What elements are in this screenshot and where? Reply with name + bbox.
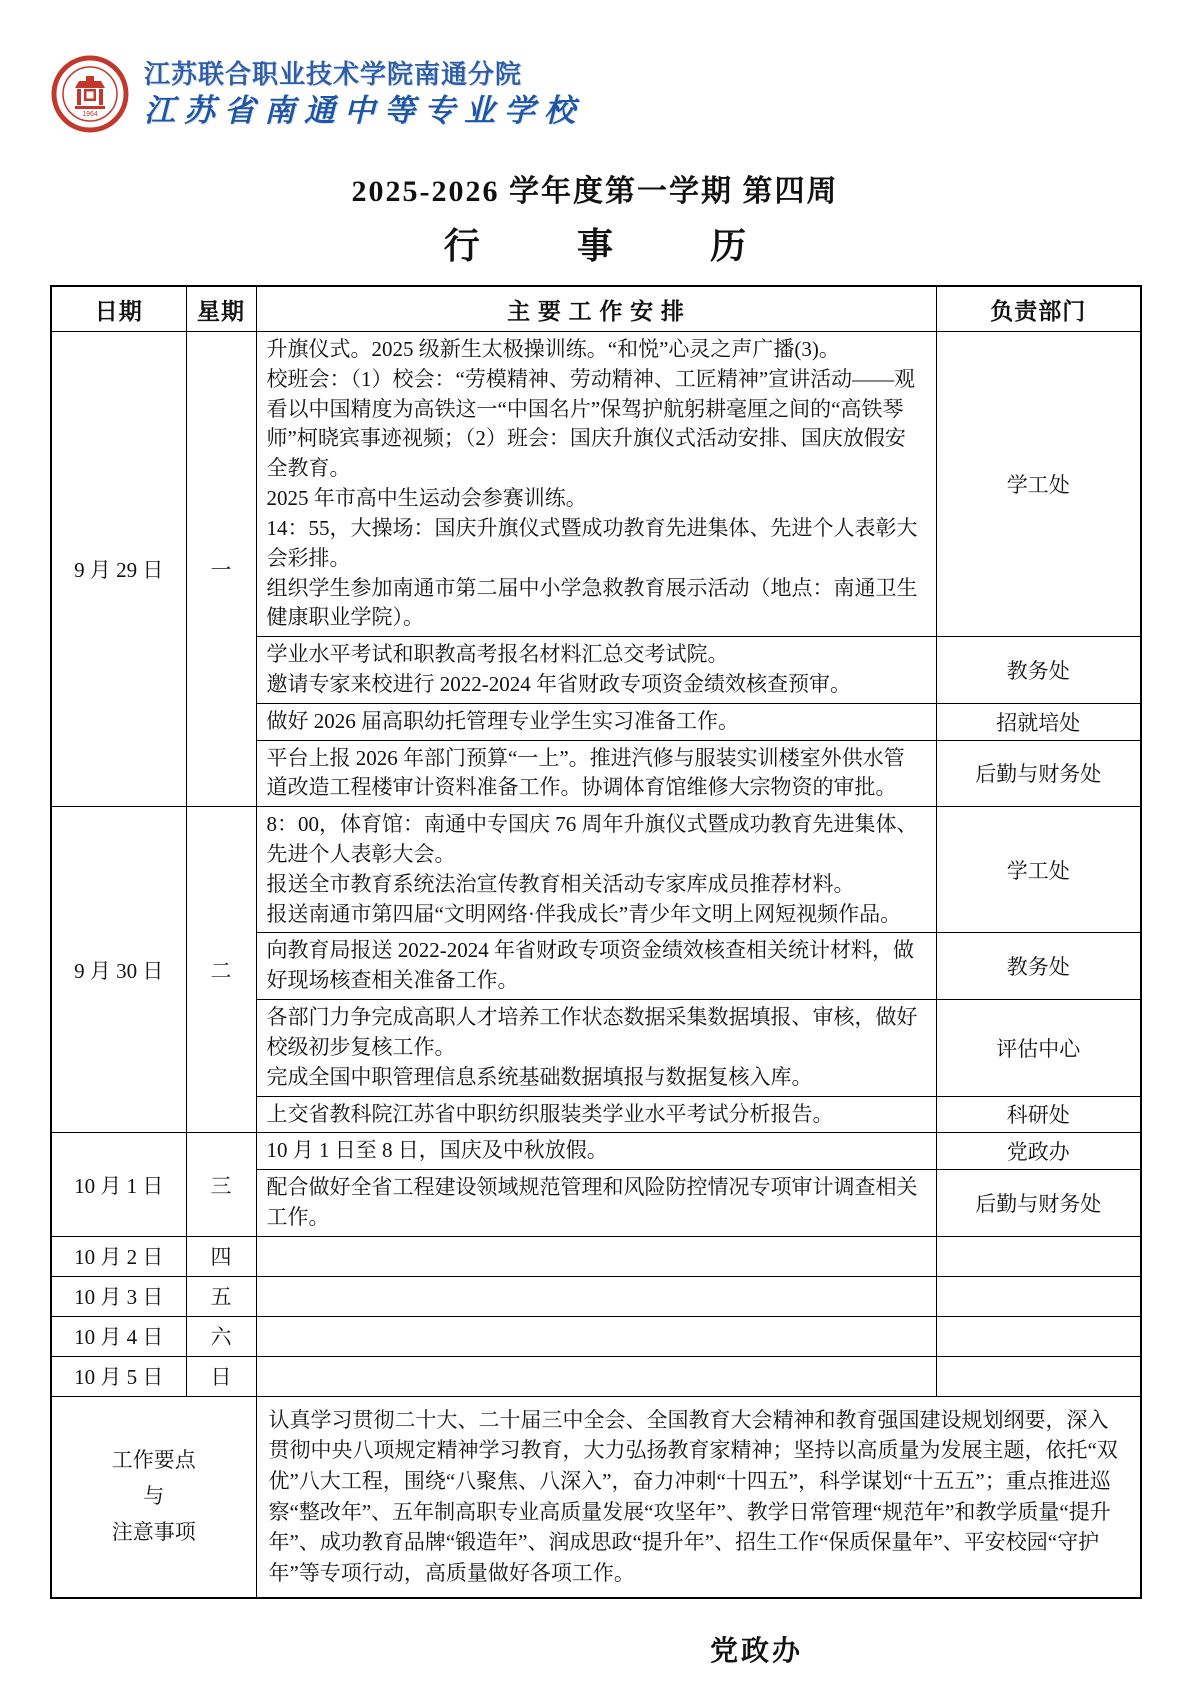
tasks-cell: 平台上报 2026 年部门预算“一上”。推进汽修与服装实训楼室外供水管道改造工程… [256, 740, 936, 807]
task-paragraph: 2025 年市高中生运动会参赛训练。 [267, 484, 926, 514]
weekday-cell: 五 [186, 1276, 256, 1316]
table-body: 9 月 29 日一升旗仪式。2025 级新生太极操训练。“和悦”心灵之声广播(3… [51, 332, 1141, 1598]
dept-cell: 教务处 [936, 933, 1141, 1000]
notes-text-cell: 认真学习贯彻二十大、二十届三中全会、全国教育大会精神和教育强国建设规划纲要，深入… [256, 1396, 1141, 1597]
school-name-primary: 江苏联合职业技术学院南通分院 [144, 58, 584, 91]
table-row: 10 月 1 日三10 月 1 日至 8 日，国庆及中秋放假。党政办 [51, 1133, 1141, 1170]
task-paragraph: 配合做好全省工程建设领域规范管理和风险防控情况专项审计调查相关工作。 [267, 1173, 926, 1233]
school-names: 江苏联合职业技术学院南通分院 江苏省南通中等专业学校 [144, 58, 584, 130]
task-paragraph: 完成全国中职管理信息系统基础数据填报与数据复核入库。 [267, 1063, 926, 1093]
task-paragraph: 向教育局报送 2022-2024 年省财政专项资金绩效核查相关统计材料，做好现场… [267, 936, 926, 996]
notes-label-cell: 工作要点与注意事项 [51, 1396, 256, 1597]
task-paragraph: 平台上报 2026 年部门预算“一上”。推进汽修与服装实训楼室外供水管道改造工程… [267, 744, 926, 804]
school-brand-header: 1964 江苏联合职业技术学院南通分院 江苏省南通中等专业学校 [50, 48, 1140, 140]
tasks-cell: 上交省教科院江苏省中职纺织服装类学业水平考试分析报告。 [256, 1096, 936, 1133]
tasks-cell: 做好 2026 届高职幼托管理专业学生实习准备工作。 [256, 703, 936, 740]
dept-cell: 学工处 [936, 332, 1141, 637]
weekday-cell: 一 [186, 332, 256, 807]
dept-cell [936, 1316, 1141, 1356]
task-paragraph: 10 月 1 日至 8 日，国庆及中秋放假。 [267, 1136, 926, 1166]
table-row: 10 月 5 日日 [51, 1356, 1141, 1396]
dept-cell: 学工处 [936, 807, 1141, 933]
tasks-cell: 各部门力争完成高职人才培养工作状态数据采集数据填报、审核，做好校级初步复核工作。… [256, 1000, 936, 1096]
tasks-cell: 10 月 1 日至 8 日，国庆及中秋放假。 [256, 1133, 936, 1170]
document-title-block: 2025-2026 学年度第一学期 第四周 行 事 历 [50, 166, 1140, 269]
dept-cell: 后勤与财务处 [936, 1170, 1141, 1237]
tasks-cell [256, 1316, 936, 1356]
task-paragraph: 校班会：（1）校会：“劳模精神、劳动精神、工匠精神”宣讲活动——观看以中国精度为… [267, 365, 926, 484]
date-cell: 9 月 30 日 [51, 807, 186, 1133]
tasks-cell [256, 1356, 936, 1396]
column-header-date: 日期 [51, 286, 186, 332]
table-header-row: 日期 星期 主 要 工 作 安 排 负责部门 [51, 286, 1141, 332]
weekday-cell: 四 [186, 1236, 256, 1276]
date-cell: 9 月 29 日 [51, 332, 186, 807]
tasks-cell: 配合做好全省工程建设领域规范管理和风险防控情况专项审计调查相关工作。 [256, 1170, 936, 1237]
task-paragraph: 各部门力争完成高职人才培养工作状态数据采集数据填报、审核，做好校级初步复核工作。 [267, 1003, 926, 1063]
tasks-cell: 学业水平考试和职教高考报名材料汇总交考试院。邀请专家来校进行 2022-2024… [256, 637, 936, 704]
tasks-cell: 升旗仪式。2025 级新生太极操训练。“和悦”心灵之声广播(3)。校班会：（1）… [256, 332, 936, 637]
seal-year-text: 1964 [82, 111, 98, 118]
column-header-weekday: 星期 [186, 286, 256, 332]
notes-row: 工作要点与注意事项认真学习贯彻二十大、二十届三中全会、全国教育大会精神和教育强国… [51, 1396, 1141, 1597]
column-header-department: 负责部门 [936, 286, 1141, 332]
notes-label-line: 工作要点 [56, 1443, 252, 1479]
weekday-cell: 三 [186, 1133, 256, 1236]
task-paragraph: 学业水平考试和职教高考报名材料汇总交考试院。 [267, 640, 926, 670]
dept-cell: 后勤与财务处 [936, 740, 1141, 807]
task-paragraph: 上交省教科院江苏省中职纺织服装类学业水平考试分析报告。 [267, 1100, 926, 1130]
semester-week-title: 2025-2026 学年度第一学期 第四周 [50, 166, 1140, 210]
weekday-cell: 六 [186, 1316, 256, 1356]
date-cell: 10 月 1 日 [51, 1133, 186, 1236]
school-name-calligraphy: 江苏省南通中等专业学校 [144, 93, 584, 130]
date-cell: 10 月 3 日 [51, 1276, 186, 1316]
table-row: 10 月 3 日五 [51, 1276, 1141, 1316]
task-paragraph: 邀请专家来校进行 2022-2024 年省财政专项资金绩效核查预审。 [267, 670, 926, 700]
task-paragraph: 报送南通市第四届“文明网络·伴我成长”青少年文明上网短视频作品。 [267, 900, 926, 930]
notes-label-line: 注意事项 [56, 1515, 252, 1551]
task-paragraph: 组织学生参加南通市第二届中小学急救教育展示活动（地点：南通卫生健康职业学院）。 [267, 574, 926, 634]
tasks-cell: 8：00，体育馆：南通中专国庆 76 周年升旗仪式暨成功教育先进集体、先进个人表… [256, 807, 936, 933]
dept-cell: 党政办 [936, 1133, 1141, 1170]
tasks-cell [256, 1276, 936, 1316]
dept-cell [936, 1236, 1141, 1276]
dept-cell [936, 1276, 1141, 1316]
table-row: 9 月 29 日一升旗仪式。2025 级新生太极操训练。“和悦”心灵之声广播(3… [51, 332, 1141, 637]
tasks-cell [256, 1236, 936, 1276]
date-cell: 10 月 2 日 [51, 1236, 186, 1276]
date-cell: 10 月 5 日 [51, 1356, 186, 1396]
date-cell: 10 月 4 日 [51, 1316, 186, 1356]
weekday-cell: 日 [186, 1356, 256, 1396]
seal-building-glyph [75, 76, 105, 109]
document-page: 1964 江苏联合职业技术学院南通分院 江苏省南通中等专业学校 2025-202… [0, 0, 1190, 1669]
notes-label-line: 与 [56, 1479, 252, 1515]
dept-cell: 教务处 [936, 637, 1141, 704]
task-paragraph: 升旗仪式。2025 级新生太极操训练。“和悦”心灵之声广播(3)。 [267, 335, 926, 365]
dept-cell: 招就培处 [936, 703, 1141, 740]
table-row: 10 月 2 日四 [51, 1236, 1141, 1276]
task-paragraph: 14：55，大操场：国庆升旗仪式暨成功教育先进集体、先进个人表彰大会彩排。 [267, 514, 926, 574]
column-header-main-work: 主 要 工 作 安 排 [256, 286, 936, 332]
weekly-calendar-table: 日期 星期 主 要 工 作 安 排 负责部门 9 月 29 日一升旗仪式。202… [50, 285, 1142, 1599]
table-header: 日期 星期 主 要 工 作 安 排 负责部门 [51, 286, 1141, 332]
dept-cell: 科研处 [936, 1096, 1141, 1133]
task-paragraph: 报送全市教育系统法治宣传教育相关活动专家库成员推荐材料。 [267, 870, 926, 900]
table-row: 10 月 4 日六 [51, 1316, 1141, 1356]
school-seal-icon: 1964 [50, 54, 130, 134]
calendar-title: 行 事 历 [50, 218, 1140, 269]
dept-cell: 评估中心 [936, 1000, 1141, 1096]
tasks-cell: 向教育局报送 2022-2024 年省财政专项资金绩效核查相关统计材料，做好现场… [256, 933, 936, 1000]
task-paragraph: 8：00，体育馆：南通中专国庆 76 周年升旗仪式暨成功教育先进集体、先进个人表… [267, 810, 926, 870]
table-row: 9 月 30 日二8：00，体育馆：南通中专国庆 76 周年升旗仪式暨成功教育先… [51, 807, 1141, 933]
dept-cell [936, 1356, 1141, 1396]
weekday-cell: 二 [186, 807, 256, 1133]
task-paragraph: 做好 2026 届高职幼托管理专业学生实习准备工作。 [267, 707, 926, 737]
footer-signature: 党政办 [50, 1629, 1190, 1669]
